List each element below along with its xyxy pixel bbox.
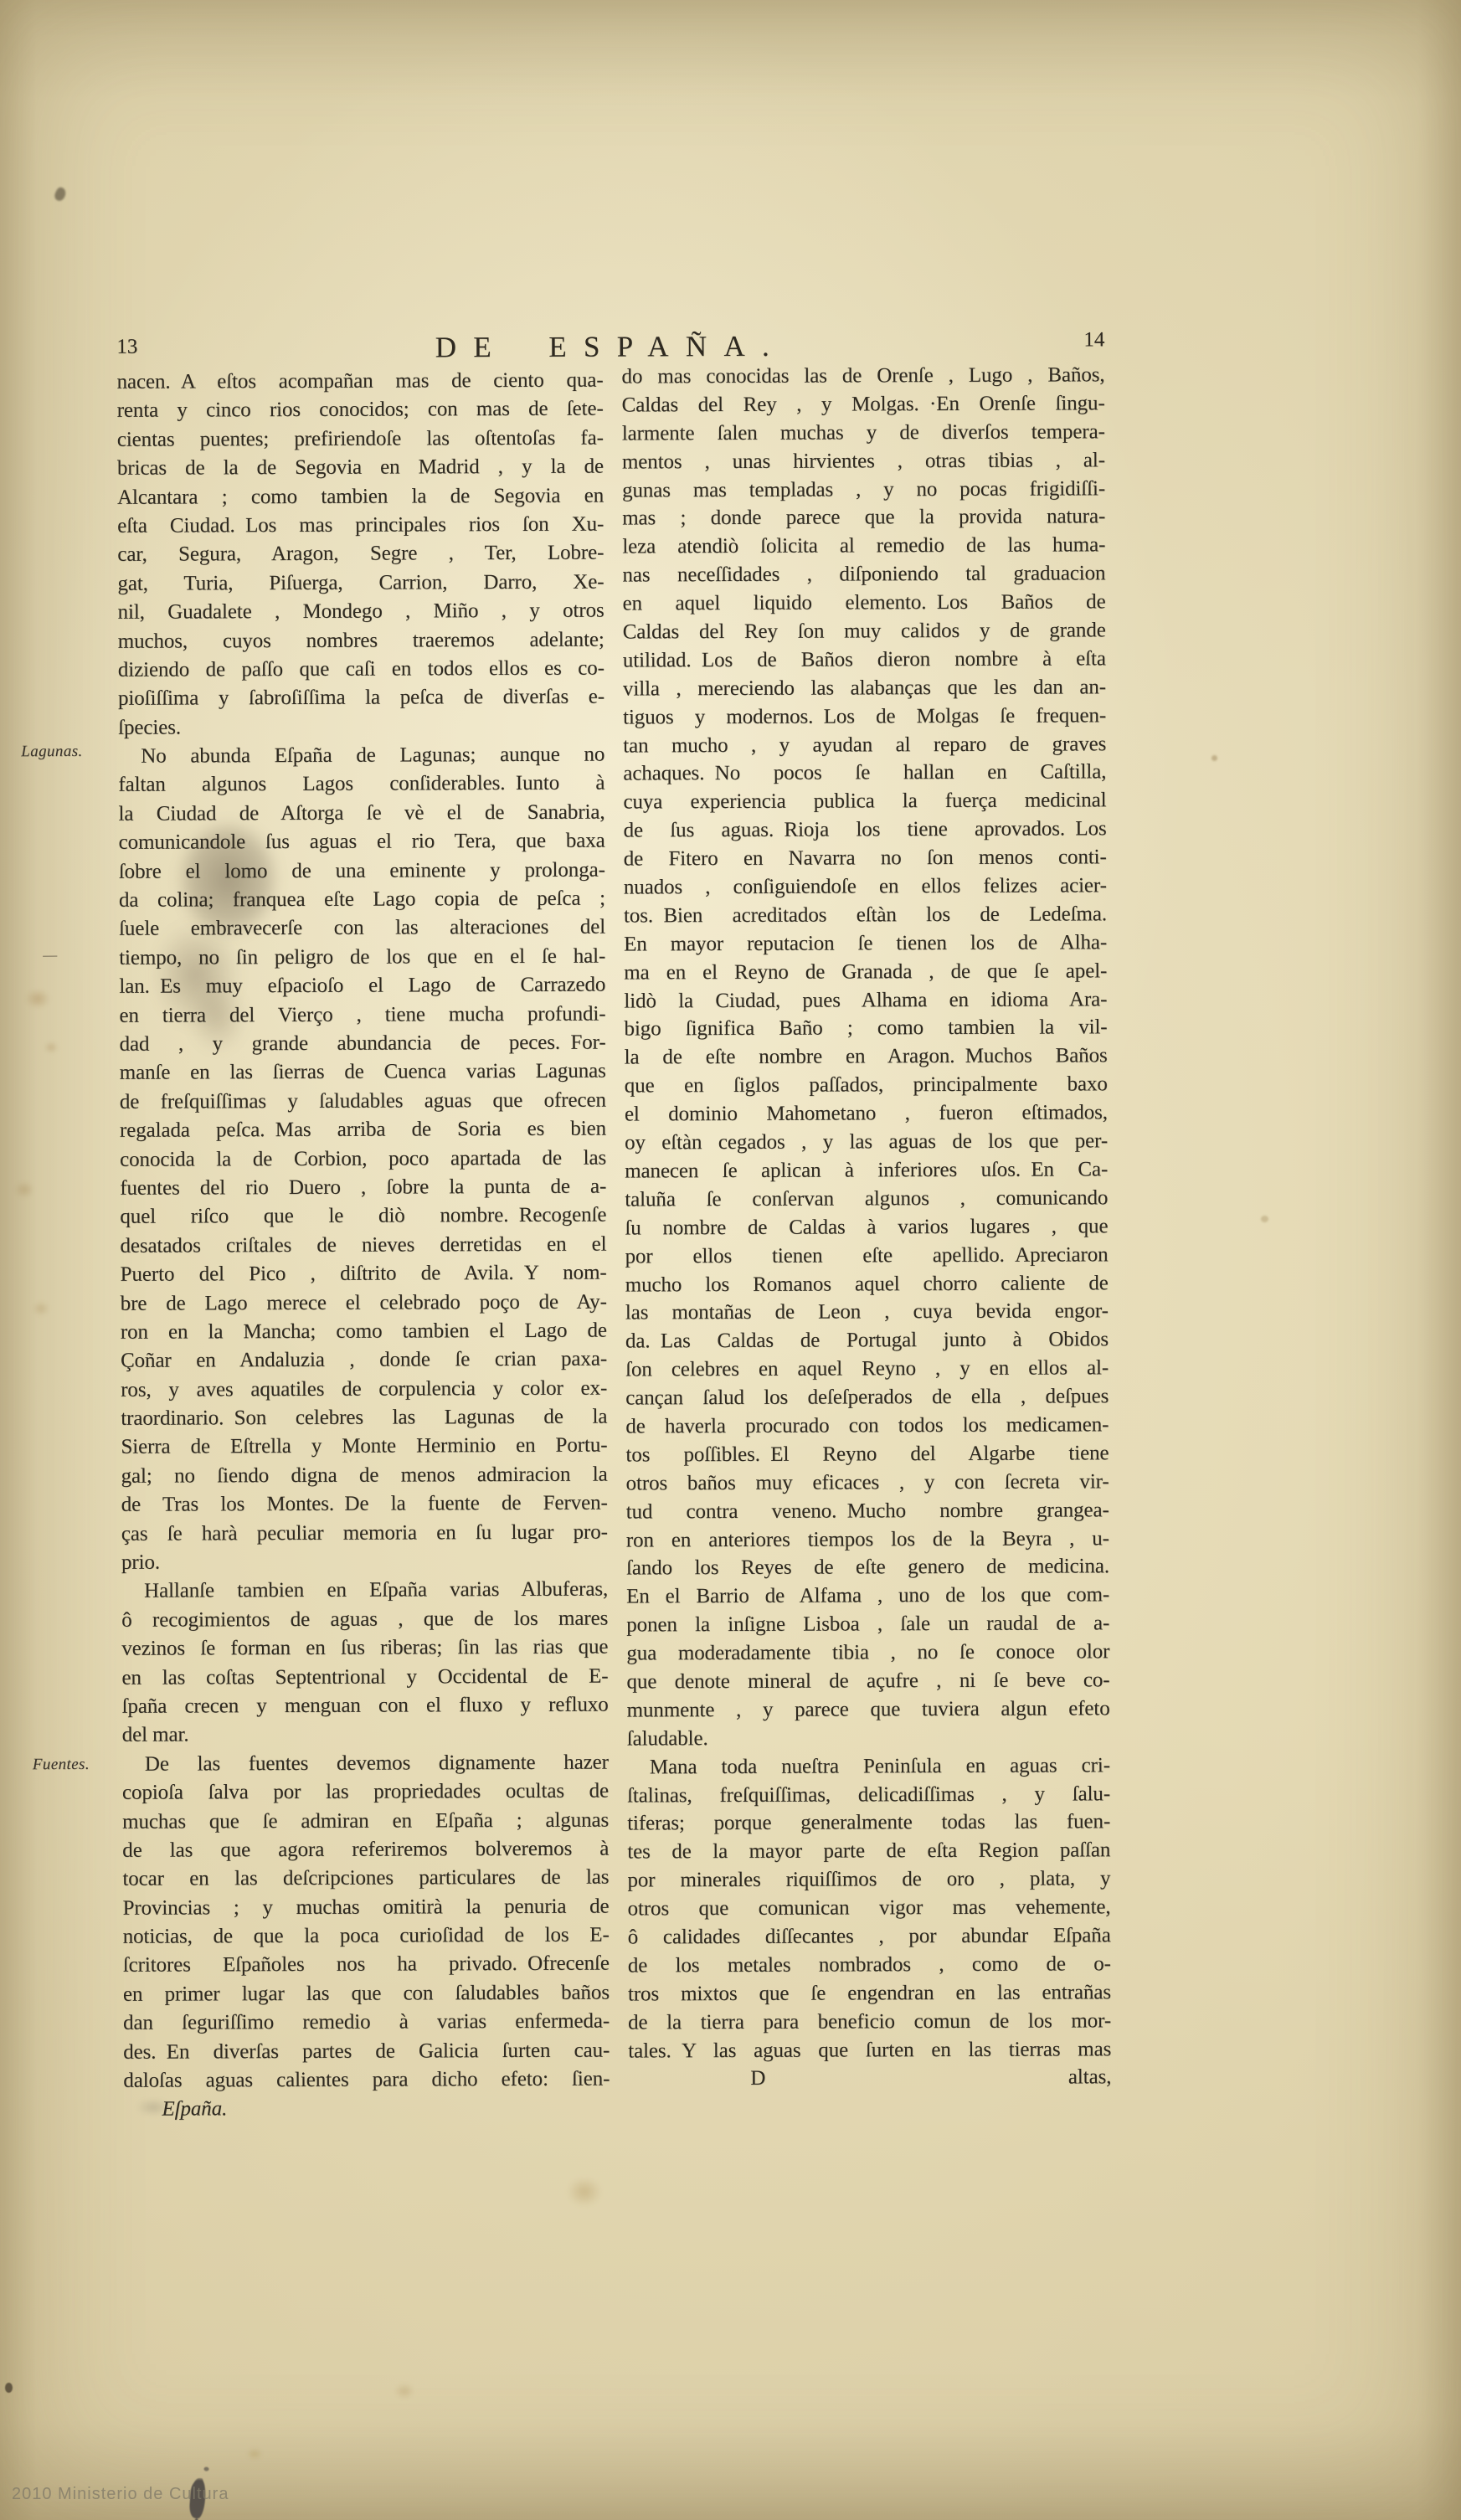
- text-line: muchos, cuyos nombres traeremos adelante…: [118, 625, 604, 656]
- text-line: ſando los Reyes de eſte genero de medici…: [626, 1553, 1109, 1583]
- margin-note-lagunas: Lagunas.: [21, 743, 83, 761]
- text-line: ros, y aves aquatiles de corpulencia y c…: [121, 1374, 607, 1405]
- text-line: dad , y grande abundancia de peces. For-: [120, 1029, 606, 1060]
- text-line: la Ciudad de Aſtorga ſe vè el de Sanabri…: [118, 798, 604, 829]
- text-line: gat, Turia, Piſuerga, Carrion, Darro, Xe…: [117, 568, 604, 599]
- text-line: ponen la inſigne Lisboa , ſale un raudal…: [626, 1609, 1109, 1639]
- text-line: ô recogimientos de aguas , que de los ma…: [121, 1604, 608, 1635]
- text-line: el dominio Mahometano , fueron eſtimados…: [625, 1098, 1108, 1129]
- text-line: tales. Y las aguas que ſurten en las tie…: [628, 2035, 1111, 2065]
- text-line: tocar en las deſcripciones particulares …: [122, 1864, 609, 1895]
- text-line: taluña ſe conſervan algunos , comunicand…: [625, 1184, 1108, 1214]
- text-column-left: nacen. A eſtos acompañan mas de ciento q…: [116, 367, 610, 2125]
- text-line: la de eſte nombre en Aragon. Muchos Baño…: [625, 1042, 1108, 1072]
- text-line: noticias, de que la poca curioſidad de l…: [123, 1921, 610, 1952]
- text-line: nuados , conſiguiendoſe en ellos felizes…: [624, 872, 1107, 902]
- text-line: Sierra de Eſtrella y Monte Herminio en P…: [121, 1432, 607, 1463]
- signature-mark: D: [750, 2065, 765, 2093]
- text-line: ô calidades diſſecantes , por abundar Eſ…: [628, 1921, 1111, 1952]
- text-line: manſe en las ſierras de Cuenca varias La…: [120, 1057, 606, 1088]
- text-line: renta y cinco rios conocidos; con mas de…: [117, 395, 604, 426]
- text-line: Çoñar en Andaluzia , donde ſe crian paxa…: [121, 1345, 607, 1376]
- text-line: tud contra veneno. Mucho nombre grangea-: [626, 1496, 1109, 1526]
- text-line: nacen. A eſtos acompañan mas de ciento q…: [116, 367, 603, 398]
- digitization-watermark: 2010 Ministerio de Cultura: [12, 2485, 229, 2504]
- text-line: ſpaña crecen y menguan con el fluxo y re…: [122, 1691, 609, 1722]
- text-line: muchas que ſe admiran en Eſpaña ; alguna…: [122, 1806, 609, 1837]
- text-line: ſcritores Eſpañoles nos ha privado. Ofre…: [123, 1950, 610, 1981]
- text-line: vezinos ſe forman en ſus riberas; ſin la…: [121, 1633, 608, 1664]
- text-line: da colina; franquea eſte Lago copia de p…: [119, 885, 605, 916]
- text-line: pioſiſſima y ſabroſiſſima la peſca de di…: [118, 683, 604, 714]
- text-line: bricas de la de Segovia en Madrid , y la…: [117, 453, 604, 484]
- text-line: Provincias ; y muchas omitirà la penuria…: [122, 1892, 609, 1923]
- text-line: daloſas aguas calientes para dicho efeto…: [123, 2065, 610, 2096]
- page-header: 13 DE ESPAÑA. 14: [0, 327, 1458, 367]
- text-line: bigo ſignifica Baño ; como tambien la vi…: [624, 1014, 1107, 1044]
- text-line: por ellos tienen eſte apellido. Apreciar…: [625, 1241, 1108, 1271]
- text-line: quel riſco que le diò nombre. Recogenſe: [120, 1201, 606, 1232]
- text-line: larmente ſalen muchas y de diverſos temp…: [622, 418, 1105, 448]
- text-line: otros baños muy eficaces , y con ſecreta…: [626, 1468, 1109, 1498]
- text-line: del mar.: [122, 1720, 609, 1751]
- catchword-line: Eſpaña.: [123, 2094, 610, 2125]
- text-line: ſon celebres en aquel Reyno , y en ellos…: [625, 1354, 1109, 1384]
- text-line: lan. Es muy eſpacioſo el Lago de Carraze…: [119, 971, 605, 1002]
- text-line: prio.: [121, 1547, 608, 1578]
- text-line: de ſus aguas. Rioja los tiene aprovados.…: [624, 815, 1107, 846]
- text-line: Caldas del Rey , y Molgas. ·En Orenſe ſi…: [622, 389, 1105, 419]
- text-line: otros que comunican vigor mas vehemente,: [627, 1893, 1110, 1923]
- text-line: mucho los Romanos aquel chorro caliente …: [625, 1269, 1109, 1299]
- text-line: ſuele embravecerſe con las alteraciones …: [119, 913, 605, 944]
- text-line: gua moderadamente tibia , no ſe conoce o…: [626, 1638, 1109, 1668]
- text-line: de Fitero en Navarra no ſon menos conti-: [624, 843, 1107, 873]
- text-line: de los metales nombrados , como de o-: [628, 1950, 1111, 1980]
- text-line: En el Barrio de Alfama , uno de los que …: [626, 1581, 1109, 1612]
- text-line: oy eſtàn cegados , y las aguas de los qu…: [625, 1127, 1108, 1157]
- text-line: conocida la de Corbion, poco apartada de…: [120, 1144, 606, 1175]
- text-line: de haverla procurado con todos los medic…: [625, 1411, 1109, 1441]
- text-line: por minerales riquiſſimos de oro , plata…: [627, 1864, 1110, 1895]
- text-line: En mayor reputacion ſe tienen los de Alh…: [624, 928, 1107, 959]
- text-line: cuya experiencia publica la fuerça medic…: [623, 787, 1106, 817]
- text-line: gal; no ſiendo digna de menos admiracion…: [121, 1460, 608, 1491]
- text-line: que denote mineral de açufre , ni ſe bev…: [626, 1666, 1109, 1696]
- text-line: cançan ſalud los deſeſperados de ella , …: [625, 1382, 1109, 1412]
- catchword: altas,: [1068, 2064, 1112, 2092]
- text-line: tiempo, no ſin peligro de los que en el …: [119, 942, 605, 973]
- text-line: diziendo de paſſo que caſi en todos ello…: [118, 654, 604, 685]
- text-line: Puerto del Pico , diſtrito de Avila. Y n…: [121, 1259, 607, 1290]
- text-line: tos poſſibles. El Reyno del Algarbe tien…: [625, 1439, 1109, 1469]
- page-number-right: 14: [1083, 328, 1104, 352]
- text-line: las montañas de Leon , cuya bevida engor…: [625, 1298, 1109, 1328]
- text-line: en las coſtas Septentrional y Occidental…: [121, 1662, 608, 1693]
- text-line: ſtalinas, freſquiſſimas, delicadiſſimas …: [627, 1780, 1110, 1810]
- text-line: No abunda Eſpaña de Lagunas; aunque no: [118, 741, 604, 772]
- text-line: De las fuentes devemos dignamente hazer: [122, 1748, 609, 1779]
- text-line: Daltas,: [628, 2064, 1111, 2094]
- text-line: ma en el Reyno de Granada , de que ſe ap…: [624, 957, 1107, 987]
- text-line: ças ſe harà peculiar memoria en ſu lugar…: [121, 1518, 608, 1549]
- text-line: copioſa ſalva por las propriedades ocult…: [122, 1777, 609, 1808]
- text-column-right: do mas conocidas las de Orenſe , Lugo , …: [621, 361, 1111, 2094]
- text-line: ſobre el lomo de una eminente y prolonga…: [119, 856, 605, 887]
- text-line: mas ; donde parece que la provida natura…: [622, 503, 1105, 533]
- running-title: DE ESPAÑA.: [116, 328, 1104, 366]
- text-line: en primer lugar las que con ſaludables b…: [123, 1978, 610, 2009]
- text-line: Hallanſe tambien en Eſpaña varias Albufe…: [121, 1576, 608, 1607]
- text-line: Mana toda nueſtra Peninſula en aguas cri…: [627, 1751, 1110, 1782]
- text-line: car, Segura, Aragon, Segre , Ter, Lobre-: [117, 539, 604, 570]
- text-line: ron en anteriores tiempos los de la Beyr…: [626, 1525, 1109, 1555]
- text-line: achaques. No pocos ſe hallan en Caſtilla…: [623, 759, 1106, 789]
- margin-dash-mark: —: [43, 947, 57, 964]
- text-line: de Tras los Montes. De la fuente de Ferv…: [121, 1489, 608, 1520]
- text-line: manecen ſe aplican à inferiores uſos. En…: [625, 1155, 1108, 1185]
- text-line: regalada peſca. Mas arriba de Soria es b…: [120, 1115, 606, 1146]
- text-line: gunas mas templadas , y no pocas frigidi…: [622, 475, 1105, 505]
- text-line: ſaludable.: [627, 1723, 1110, 1753]
- scanned-book-page-photo: { "header": { "page_number_left": "13", …: [0, 0, 1461, 2520]
- text-line: Caldas del Rey ſon muy calidos y de gran…: [623, 616, 1106, 646]
- text-line: en aquel liquido elemento. Los Baños de: [623, 588, 1106, 618]
- text-line: de las que agora referiremos bolveremos …: [122, 1834, 609, 1865]
- text-line: que en ſiglos paſſados, principalmente b…: [625, 1071, 1108, 1101]
- text-line: eſta Ciudad. Los mas principales rios ſo…: [117, 511, 604, 542]
- text-line: desatados criſtales de nieves derretidas…: [120, 1230, 606, 1261]
- text-line: do mas conocidas las de Orenſe , Lugo , …: [621, 361, 1104, 391]
- text-line: Alcantara ; como tambien la de Segovia e…: [117, 481, 604, 512]
- text-line: bre de Lago merece el celebrado poço de …: [121, 1288, 607, 1319]
- text-line: ron en la Mancha; como tambien el Lago d…: [121, 1316, 607, 1347]
- text-line: da. Las Caldas de Portugal junto à Obido…: [625, 1326, 1109, 1356]
- text-line: cientas puentes; prefiriendoſe las oſten…: [117, 424, 604, 455]
- text-line: mentos , unas hirvientes , otras tibias …: [622, 446, 1105, 476]
- text-line: munmente , y parece que tuviera algun ef…: [627, 1695, 1110, 1725]
- text-line: leza atendiò ſolicita al remedio de las …: [622, 532, 1105, 562]
- text-line: traordinario. Son celebres las Lagunas d…: [121, 1403, 607, 1434]
- text-line: des. En diverſas partes de Galicia ſurte…: [123, 2036, 610, 2067]
- text-line: tiferas; porque generalmente todas las f…: [627, 1808, 1110, 1839]
- text-line: tes de la mayor parte de eſta Region paſ…: [627, 1837, 1110, 1867]
- text-line: villa , mereciendo las alabanças que les…: [623, 673, 1106, 703]
- text-line: tros mixtos que ſe engendran en las entr…: [628, 1978, 1111, 2008]
- text-line: nil, Guadalete , Mondego , Miño , y otro…: [118, 597, 604, 628]
- text-line: de freſquiſſimas y ſaludables aguas que …: [120, 1086, 606, 1117]
- book-page: 13 DE ESPAÑA. 14 Lagunas. Fuentes. — nac…: [0, 0, 1461, 2520]
- text-line: utilidad. Los de Baños dieron nombre à e…: [623, 645, 1106, 675]
- text-line: en tierra del Vierço , tiene mucha profu…: [119, 1000, 605, 1031]
- text-line: nas neceſſidades , diſponiendo tal gradu…: [622, 560, 1105, 590]
- margin-note-fuentes: Fuentes.: [33, 1756, 90, 1774]
- text-line: tiguos y modernos. Los de Molgas ſe freq…: [623, 702, 1106, 732]
- text-line: lidò la Ciudad, pues Alhama en idioma Ar…: [624, 985, 1107, 1016]
- text-line: ſu nombre de Caldas à varios lugares , q…: [625, 1212, 1108, 1242]
- text-line: dan ſeguriſſimo remedio à varias enferme…: [123, 2008, 610, 2039]
- text-line: tan mucho , y ayudan al reparo de graves: [623, 730, 1106, 760]
- text-line: faltan algunos Lagos conſiderables. Iunt…: [118, 769, 604, 800]
- text-line: ſpecies.: [118, 712, 604, 743]
- text-line: de la tierra para beneficio comun de los…: [628, 2007, 1111, 2037]
- text-line: comunicandole ſus aguas el rio Tera, que…: [119, 827, 605, 858]
- text-line: fuentes del rio Duero , ſobre la punta d…: [120, 1173, 606, 1204]
- text-line: tos. Bien acreditados eſtàn los de Ledeſ…: [624, 900, 1107, 930]
